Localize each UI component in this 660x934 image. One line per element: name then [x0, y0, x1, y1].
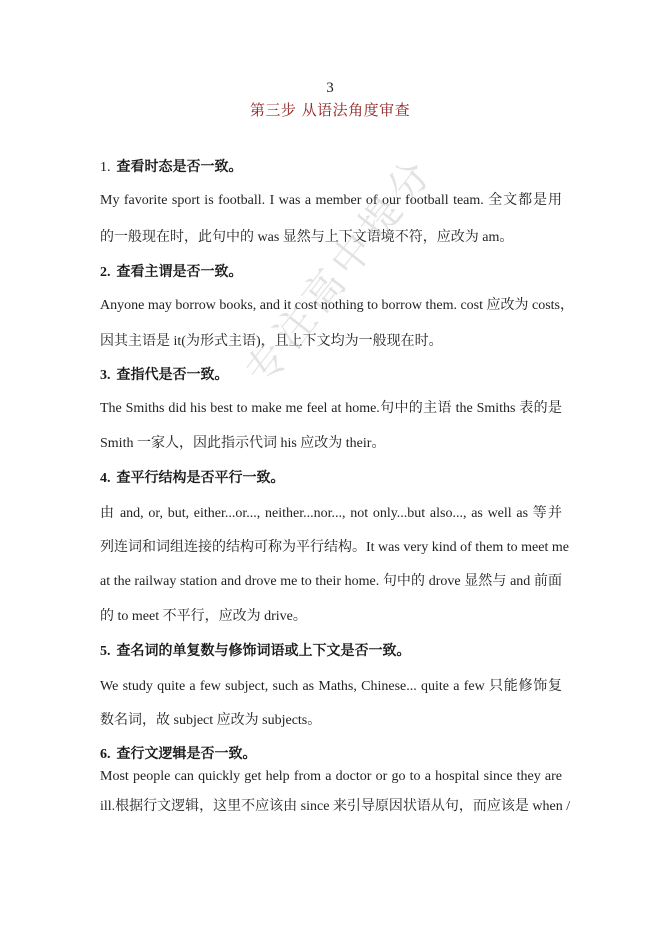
body-line: My favorite sport is football. I was a m…	[100, 189, 562, 209]
watermark: 专注高中提分	[230, 143, 445, 396]
section-number: 4.	[100, 471, 111, 486]
section-number: 2.	[100, 265, 111, 280]
section-heading-text: 查看主谓是否一致。	[117, 264, 243, 280]
body-line: 因其主语是 it(为形式主语)，且上下文均为一般现在时。	[100, 330, 443, 350]
section-heading-text: 查指代是否一致。	[117, 367, 229, 383]
body-line: at the railway station and drove me to t…	[100, 570, 562, 590]
section-number: 1.	[100, 160, 111, 175]
body-line: ill.根据行文逻辑，这里不应该由 since 来引导原因状语从句，而应该是 w…	[100, 795, 562, 815]
body-line: Most people can quickly get help from a …	[100, 769, 562, 785]
body-line: We study quite a few subject, such as Ma…	[100, 675, 562, 695]
section-heading-4: 4.查平行结构是否平行一致。	[100, 467, 285, 487]
page-number: 3	[0, 80, 660, 97]
body-line: Anyone may borrow books, and it cost not…	[100, 294, 562, 314]
section-number: 5.	[100, 644, 111, 659]
section-heading-text: 查平行结构是否平行一致。	[117, 470, 285, 486]
section-heading-2: 2.查看主谓是否一致。	[100, 261, 243, 281]
body-line: 列连词和词组连接的结构可称为平行结构。It was very kind of t…	[100, 536, 562, 556]
body-line: 由 and, or, but, either...or..., neither.…	[100, 502, 562, 522]
section-heading-1: 1.查看时态是否一致。	[100, 156, 243, 176]
section-heading-5: 5.查名词的单复数与修饰词语或上下文是否一致。	[100, 640, 411, 660]
body-line: The Smiths did his best to make me feel …	[100, 397, 562, 417]
page-title: 第三步 从语法角度审查	[0, 99, 660, 120]
body-line: 的一般现在时，此句中的 was 显然与上下文语境不符，应改为 am。	[100, 226, 513, 246]
section-heading-6: 6.查行文逻辑是否一致。	[100, 743, 257, 763]
body-line: 数名词，故 subject 应改为 subjects。	[100, 709, 321, 729]
section-heading-3: 3.查指代是否一致。	[100, 364, 229, 384]
section-heading-text: 查看时态是否一致。	[117, 159, 243, 175]
body-line: 的 to meet 不平行，应改为 drive。	[100, 605, 307, 625]
section-heading-text: 查名词的单复数与修饰词语或上下文是否一致。	[117, 643, 411, 659]
section-number: 3.	[100, 368, 111, 383]
section-heading-text: 查行文逻辑是否一致。	[117, 746, 257, 762]
section-number: 6.	[100, 747, 111, 762]
body-line: Smith 一家人，因此指示代词 his 应改为 their。	[100, 432, 385, 452]
